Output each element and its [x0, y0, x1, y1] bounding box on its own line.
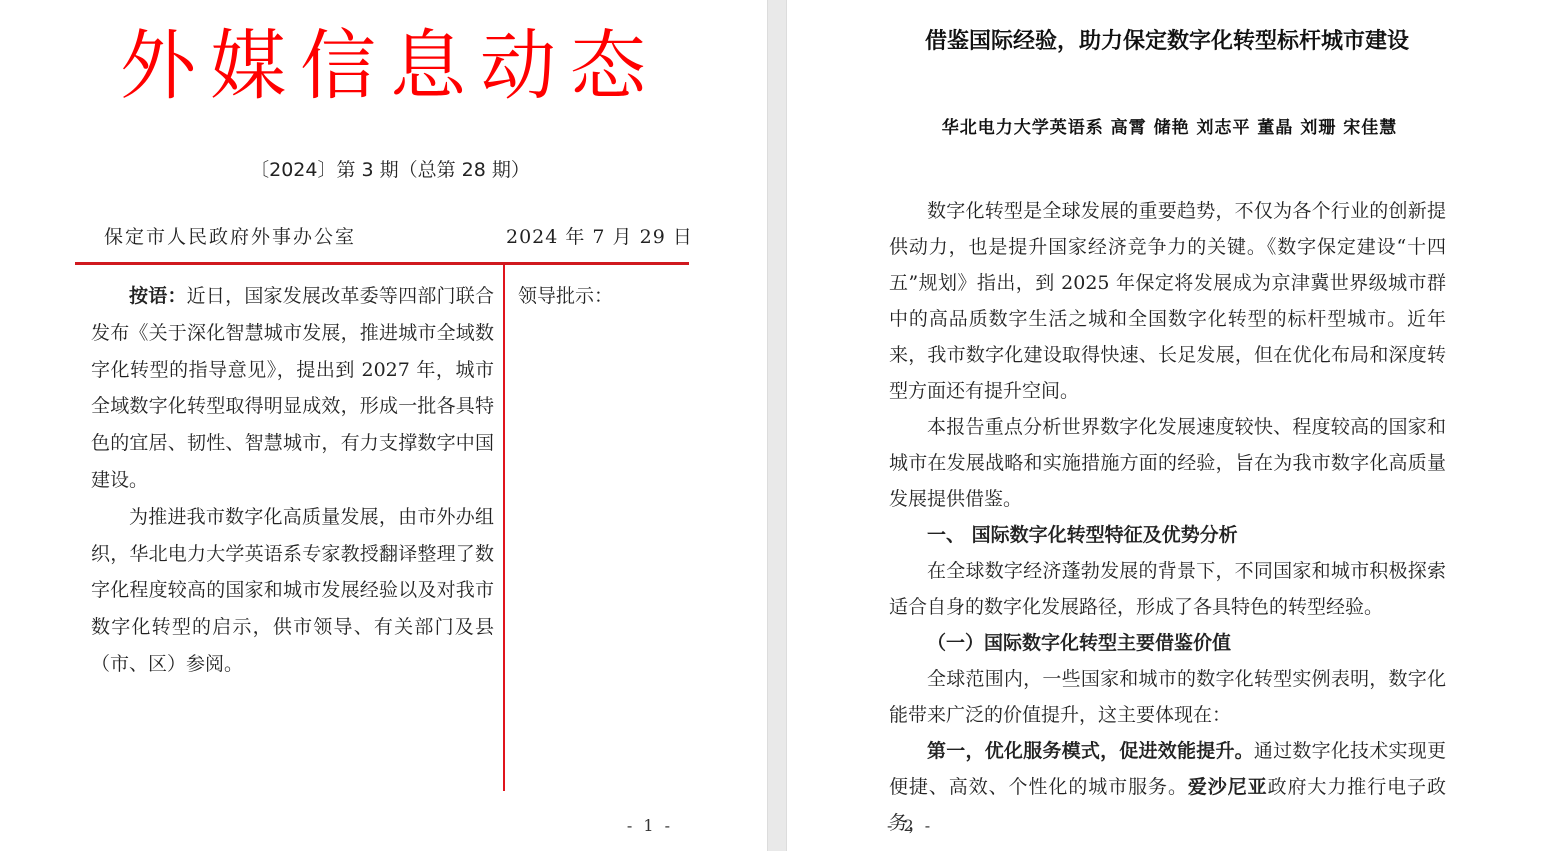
editor-note-paragraph-2: 为推进我市数字化高质量发展，由市外办组织，华北电力大学英语系专家教授翻译整理了数… — [91, 499, 494, 683]
issue-number: 〔2024〕第 3 期（总第 28 期） — [80, 156, 700, 184]
masthead-title: 外媒信息动态 — [100, 18, 680, 114]
country-name: 爱沙尼亚 — [1188, 776, 1268, 798]
issue-date: 2024 年 7 月 29 日 — [506, 223, 693, 251]
document-page-2: 借鉴国际经验，助力保定数字化转型标杆城市建设 华北电力大学英语系 高霄 储艳 刘… — [787, 0, 1552, 851]
subsection-heading: （一）国际数字化转型主要借鉴价值 — [889, 625, 1446, 661]
article-authors: 华北电力大学英语系 高霄 储艳 刘志平 董晶 刘珊 宋佳慧 — [887, 112, 1452, 144]
body-paragraph: 数字化转型是全球发展的重要趋势，不仅为各个行业的创新提供动力，也是提升国家经济竞… — [889, 193, 1446, 409]
editor-note-paragraph-1: 按语：近日，国家发展改革委等四部门联合发布《关于深化智慧城市发展，推进城市全域数… — [91, 278, 494, 499]
body-paragraph: 全球范围内，一些国家和城市的数字化转型实例表明，数字化能带来广泛的价值提升，这主… — [889, 661, 1446, 733]
article-body: 数字化转型是全球发展的重要趋势，不仅为各个行业的创新提供动力，也是提升国家经济竞… — [889, 193, 1446, 841]
body-paragraph: 在全球数字经济蓬勃发展的背景下，不同国家和城市积极探索适合自身的数字化发展路径，… — [889, 553, 1446, 625]
section-heading: 一、 国际数字化转型特征及优势分析 — [889, 517, 1446, 553]
editor-note-lead: 按语： — [129, 285, 187, 307]
page-number: - 1 - — [610, 816, 690, 835]
red-vertical-rule — [503, 265, 505, 791]
red-horizontal-rule — [75, 262, 689, 265]
page-number: - 2 - — [887, 816, 933, 835]
body-paragraph: 本报告重点分析世界数字化发展速度较快、程度较高的国家和城市在发展战略和实施措施方… — [889, 409, 1446, 517]
leader-instruction-label: 领导批示： — [518, 278, 613, 314]
page-gap — [767, 0, 787, 851]
article-title: 借鉴国际经验，助力保定数字化转型标杆城市建设 — [887, 24, 1447, 60]
point-lead: 第一，优化服务模式，促进效能提升。 — [927, 740, 1254, 762]
body-paragraph: 第一，优化服务模式，促进效能提升。通过数字化技术实现更便捷、高效、个性化的城市服… — [889, 733, 1446, 841]
issuing-organization: 保定市人民政府外事办公室 — [104, 223, 356, 251]
editor-note: 按语：近日，国家发展改革委等四部门联合发布《关于深化智慧城市发展，推进城市全域数… — [91, 278, 494, 683]
document-page-1: 外媒信息动态 〔2024〕第 3 期（总第 28 期） 保定市人民政府外事办公室… — [0, 0, 767, 851]
